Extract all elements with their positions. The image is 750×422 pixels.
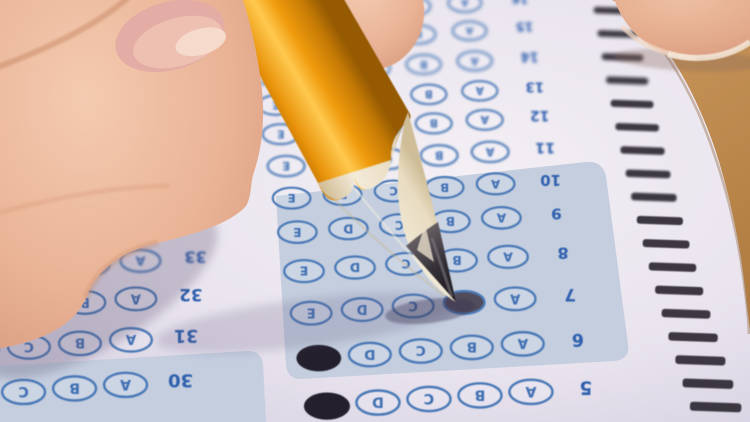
timing-mark	[631, 193, 677, 202]
bubble-letter: A	[496, 211, 506, 225]
question-number: 14	[521, 48, 539, 63]
bubble-letter: E	[293, 225, 301, 239]
bubble-letter: B	[430, 117, 438, 130]
bubble-letter: D	[343, 221, 353, 235]
question-number: 16	[511, 0, 528, 6]
bubble-letter: A	[491, 177, 500, 191]
bubble-letter: B	[452, 253, 462, 268]
bubble-letter: B	[69, 379, 80, 395]
bubble-letter: E	[300, 264, 309, 279]
bubble-letter: D	[372, 394, 384, 410]
bubble-letter: A	[480, 113, 489, 126]
timing-mark	[637, 216, 683, 225]
question-number: 11	[535, 139, 555, 155]
question-number: 7	[564, 285, 576, 305]
bubble-letter: C	[18, 383, 28, 399]
timing-mark	[620, 146, 664, 155]
bubble-letter: E	[282, 159, 290, 172]
bubble-letter: A	[525, 383, 536, 399]
bubble-letter: A	[510, 290, 520, 305]
bubble-letter: B	[425, 88, 433, 100]
photo-scene: 34ABCD33ABCD32ABCD31ABCD30ABCD 16ABCDE15…	[0, 0, 750, 422]
filled-bubble-E	[296, 345, 341, 371]
timing-mark	[675, 355, 725, 365]
bubble-letter: A	[486, 145, 495, 158]
question-number: 30	[168, 370, 193, 391]
bubble-letter: B	[475, 386, 486, 402]
bubble-letter: A	[475, 84, 484, 96]
question-number: 12	[530, 107, 549, 123]
timing-mark	[611, 100, 654, 109]
timing-mark	[661, 309, 710, 319]
bubble-letter: A	[503, 249, 513, 264]
timing-mark	[643, 239, 690, 249]
question-number: 9	[551, 205, 562, 223]
bubble-letter: B	[467, 339, 477, 355]
bubble-letter: A	[517, 335, 528, 351]
question-number: 10	[540, 171, 561, 189]
bubble-letter: A	[461, 0, 469, 8]
timing-mark	[615, 123, 659, 132]
bubble-letter: B	[440, 180, 449, 194]
question-number: 5	[580, 377, 593, 398]
bubble-letter: E	[277, 127, 284, 140]
bubble-letter: C	[424, 390, 434, 406]
bubble-letter: D	[364, 346, 375, 362]
bubble-letter: A	[465, 24, 473, 35]
bubble-letter: B	[420, 58, 428, 69]
timing-mark	[649, 262, 697, 272]
question-number: 8	[557, 243, 568, 262]
timing-mark	[655, 285, 703, 295]
scene-svg: 34ABCD33ABCD32ABCD31ABCD30ABCD 16ABCDE15…	[0, 0, 750, 422]
timing-mark	[682, 378, 733, 389]
timing-mark	[626, 169, 671, 178]
filled-bubble-E	[304, 393, 350, 420]
bubble-letter: E	[288, 191, 296, 205]
bubble-letter: D	[350, 260, 360, 275]
bubble-letter: C	[416, 342, 426, 358]
timing-mark	[668, 332, 718, 342]
bubble-letter: A	[120, 376, 131, 392]
timing-mark	[606, 76, 648, 84]
bubble-letter: B	[435, 148, 444, 161]
question-number: 6	[572, 329, 584, 349]
timing-mark	[690, 402, 742, 413]
question-number: 15	[516, 20, 533, 35]
question-number: 13	[525, 78, 544, 93]
bubble-letter: C	[389, 184, 398, 198]
bubble-letter: B	[446, 214, 455, 228]
bubble-letter: A	[471, 54, 479, 65]
